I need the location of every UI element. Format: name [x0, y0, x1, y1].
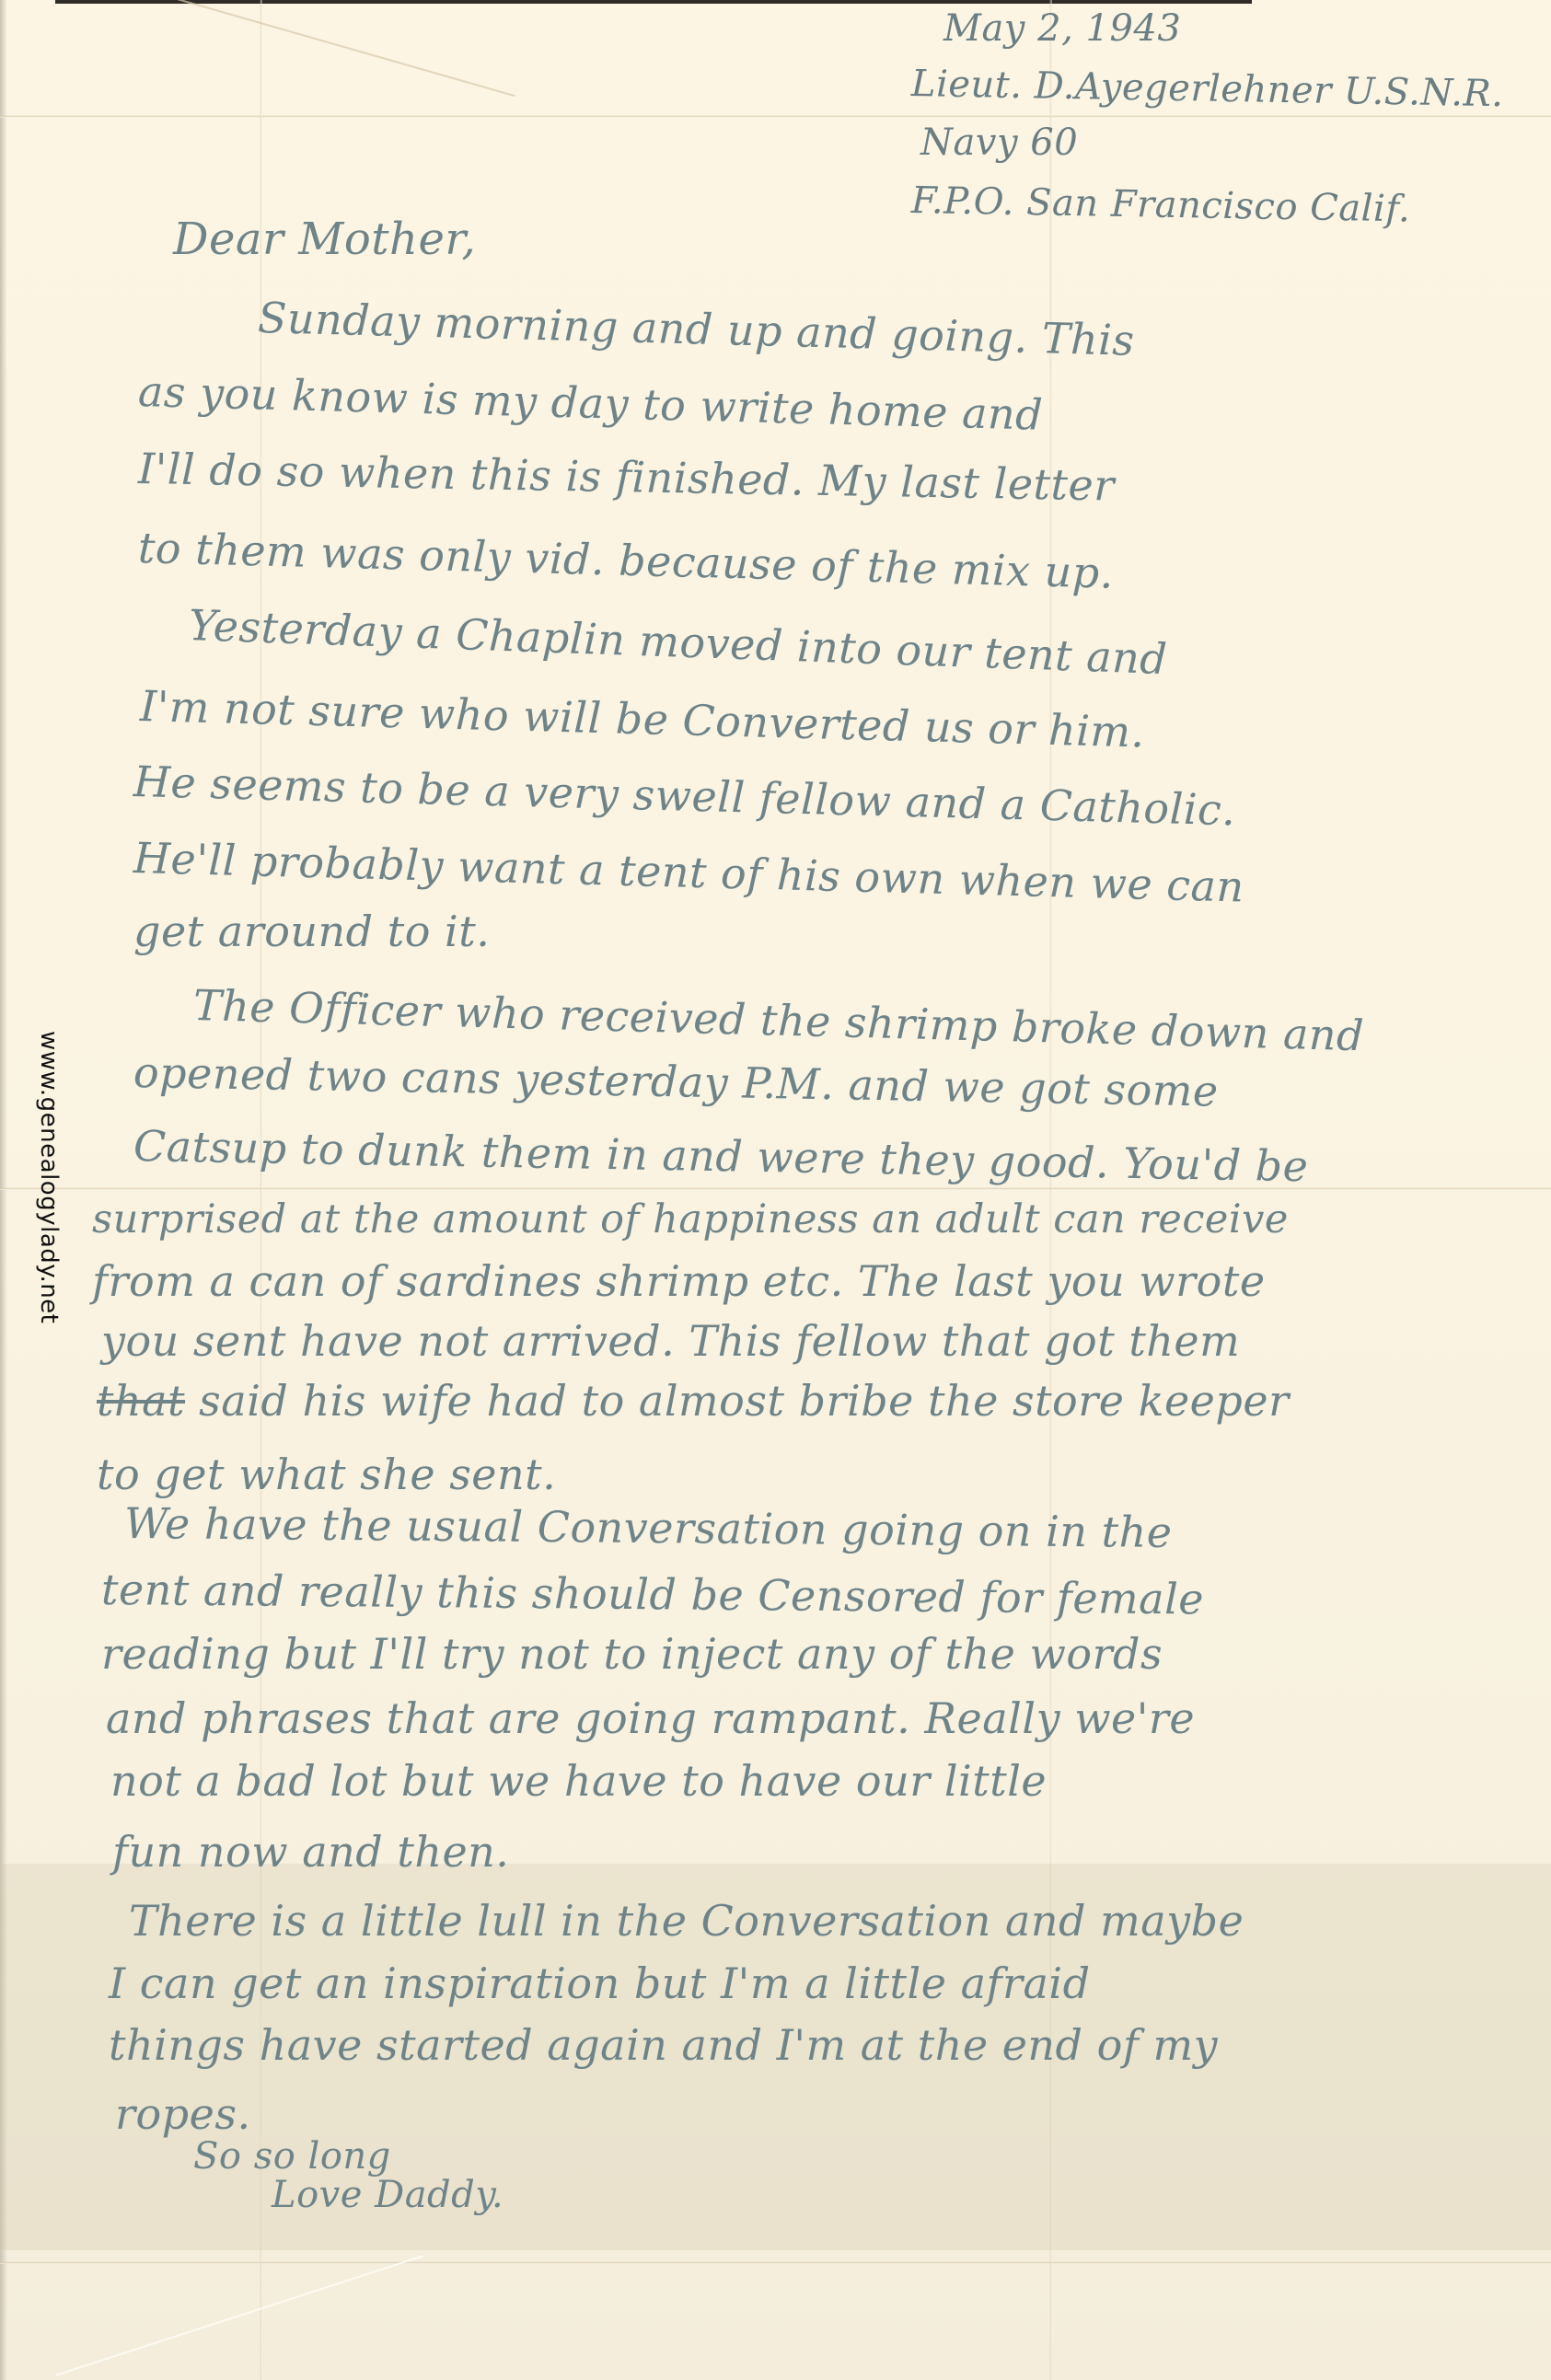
letter-line: reading but I'll try not to inject any o… — [101, 1629, 1163, 1679]
paper-crease — [54, 0, 515, 97]
letter-line: and phrases that are going rampant. Real… — [106, 1693, 1195, 1743]
letter-line: opened two cans yesterday P.M. and we go… — [133, 1047, 1220, 1116]
letter-line: There is a little lull in the Conversati… — [129, 1896, 1244, 1946]
letter-line: from a can of sardines shrimp etc. The l… — [92, 1256, 1266, 1306]
watermark: www.genealogylady.net — [26, 1031, 63, 1362]
struck-word: that — [97, 1376, 185, 1426]
letter-line: Yesterday a Chaplin moved into our tent … — [188, 600, 1168, 684]
letter-line: I can get an inspiration but I'm a littl… — [109, 1958, 1091, 2008]
letter-line: to them was only vid. because of the mix… — [137, 523, 1114, 598]
letter-line: He'll probably want a tent of his own wh… — [133, 833, 1244, 912]
letter-line-text: said his wife had to almost bribe the st… — [199, 1376, 1289, 1426]
closing: So so long — [193, 2135, 391, 2178]
letter-line: get around to it. — [133, 907, 490, 956]
greeting: Dear Mother, — [173, 214, 476, 265]
letter-line: surprised at the amount of happiness an … — [92, 1196, 1289, 1242]
fold-line-horizontal-bottom — [0, 2261, 1551, 2264]
sender-postal-address: F.P.O. San Francisco Calif. — [911, 179, 1411, 230]
letter-line: to get what she sent. — [97, 1450, 556, 1499]
letter-line: I'm not sure who will be Converted us or… — [139, 681, 1145, 757]
signature: Love Daddy. — [272, 2174, 503, 2216]
scan-top-edge — [55, 0, 1252, 4]
letter-line: ropes. — [115, 2089, 251, 2139]
letter-line: things have started again and I'm at the… — [109, 2020, 1218, 2070]
letter-page: www.genealogylady.net May 2, 1943 Lieut.… — [0, 0, 1551, 2380]
letter-line: He seems to be a very swell fellow and a… — [133, 757, 1236, 835]
letter-line: Catsup to dunk them in and were they goo… — [133, 1121, 1309, 1191]
letter-line: Sunday morning and up and going. This — [257, 293, 1135, 365]
letter-line: fun now and then. — [112, 1827, 509, 1877]
letter-line: The Officer who received the shrimp brok… — [192, 980, 1364, 1060]
letter-date: May 2, 1943 — [943, 7, 1181, 50]
fold-line-horizontal-top — [0, 115, 1551, 118]
sender-unit: Navy 60 — [920, 121, 1078, 164]
letter-line: that said his wife had to almost bribe t… — [97, 1376, 1290, 1426]
letter-line: We have the usual Conversation going on … — [124, 1498, 1173, 1557]
sender-name: Lieut. D.Ayegerlehner U.S.N.R. — [911, 63, 1504, 115]
letter-line: you sent have not arrived. This fellow t… — [101, 1316, 1240, 1366]
paper-crease — [55, 2255, 423, 2376]
fold-line-horizontal-middle — [0, 1187, 1551, 1190]
letter-line: tent and really this should be Censored … — [101, 1565, 1205, 1623]
letter-line: as you know is my day to write home and — [137, 366, 1043, 440]
letter-line: not a bad lot but we have to have our li… — [110, 1756, 1047, 1806]
letter-line: I'll do so when this is finished. My las… — [138, 444, 1116, 511]
